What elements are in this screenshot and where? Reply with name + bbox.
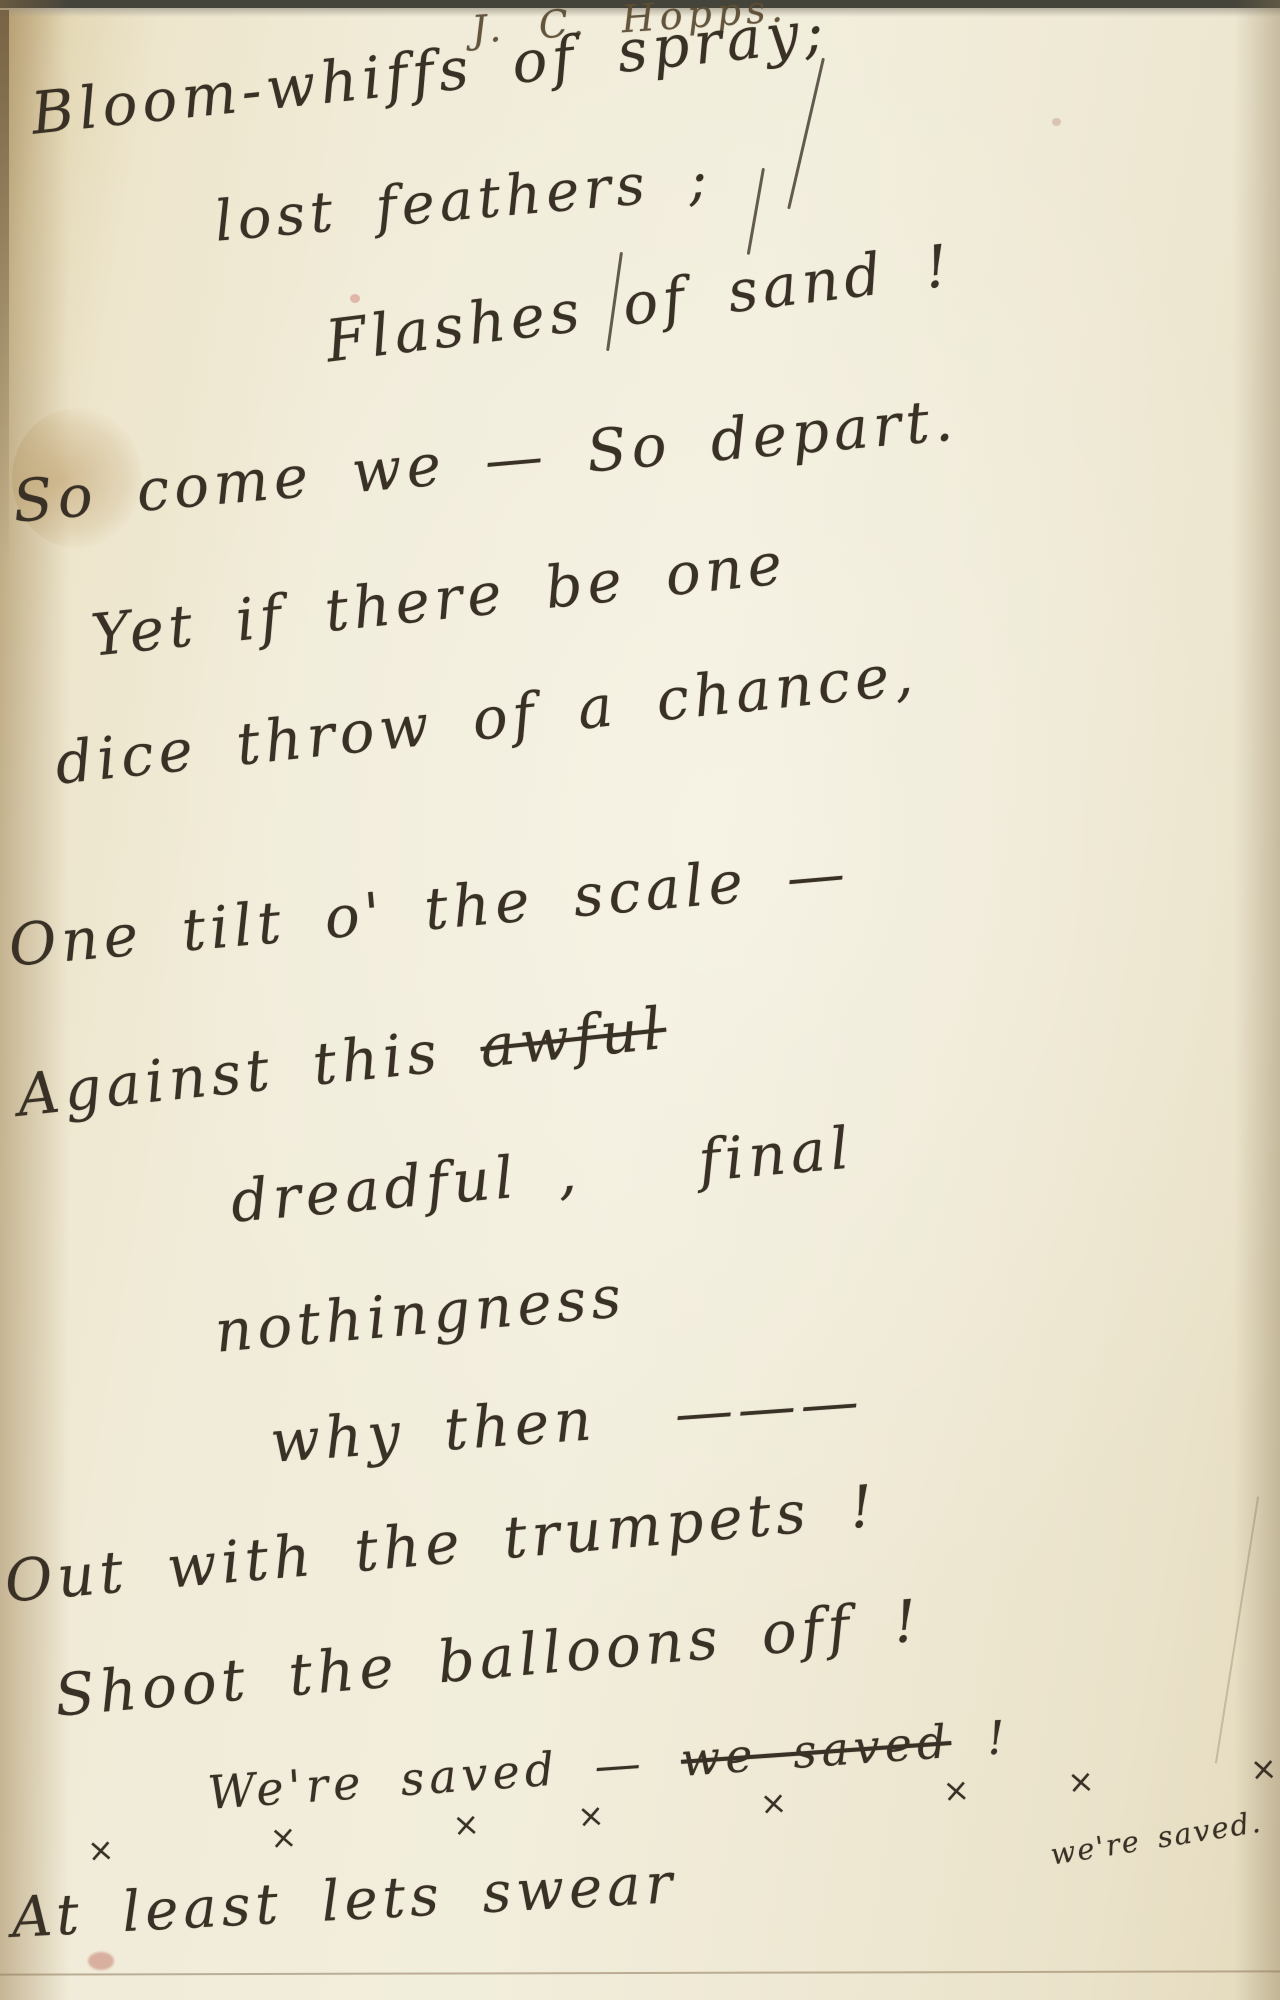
paper-spot [1052, 118, 1061, 126]
poem-line-6: dice throw of a chance, [52, 639, 921, 797]
poem-line-10: nothingness [212, 1262, 629, 1366]
poem-line-8-text: Against this [14, 1013, 484, 1129]
pen-bracket-stroke [787, 58, 825, 210]
poem-line-8: Against this awful [14, 994, 670, 1130]
poem-line-13: Shoot the balloons off ! [52, 1586, 925, 1730]
poem-line-12: Out with the trumpets ! [2, 1472, 881, 1616]
poem-line-5: Yet if there be one [88, 529, 790, 670]
paper-spot [88, 1952, 114, 1970]
poem-line-1: Bloom-whiffs of spray; [28, 0, 831, 148]
paper-spot [350, 294, 360, 303]
page-bottom-rule [0, 1970, 1280, 1975]
crossed-out-word: awful [477, 994, 670, 1081]
poem-line-9: dreadful , final [228, 1114, 857, 1236]
manuscript-page: J. C. Hopps. Bloom-whiffs of spray; lost… [0, 0, 1280, 2000]
poem-line-4: So come we — So depart. [10, 385, 960, 535]
pen-bracket-stroke [747, 168, 765, 255]
interlinear-insertion: we're saved. [1048, 1805, 1264, 1872]
poem-line-14-exclaim: ! [949, 1710, 1012, 1768]
poem-line-11: why then ——— [268, 1367, 866, 1476]
page-right-shading [1234, 0, 1280, 2000]
poem-line-3: Flashes of sand ! [322, 231, 957, 375]
poem-line-7: One tilt o' the scale — [6, 838, 852, 979]
poem-line-2: lost feathers ; [212, 147, 715, 255]
